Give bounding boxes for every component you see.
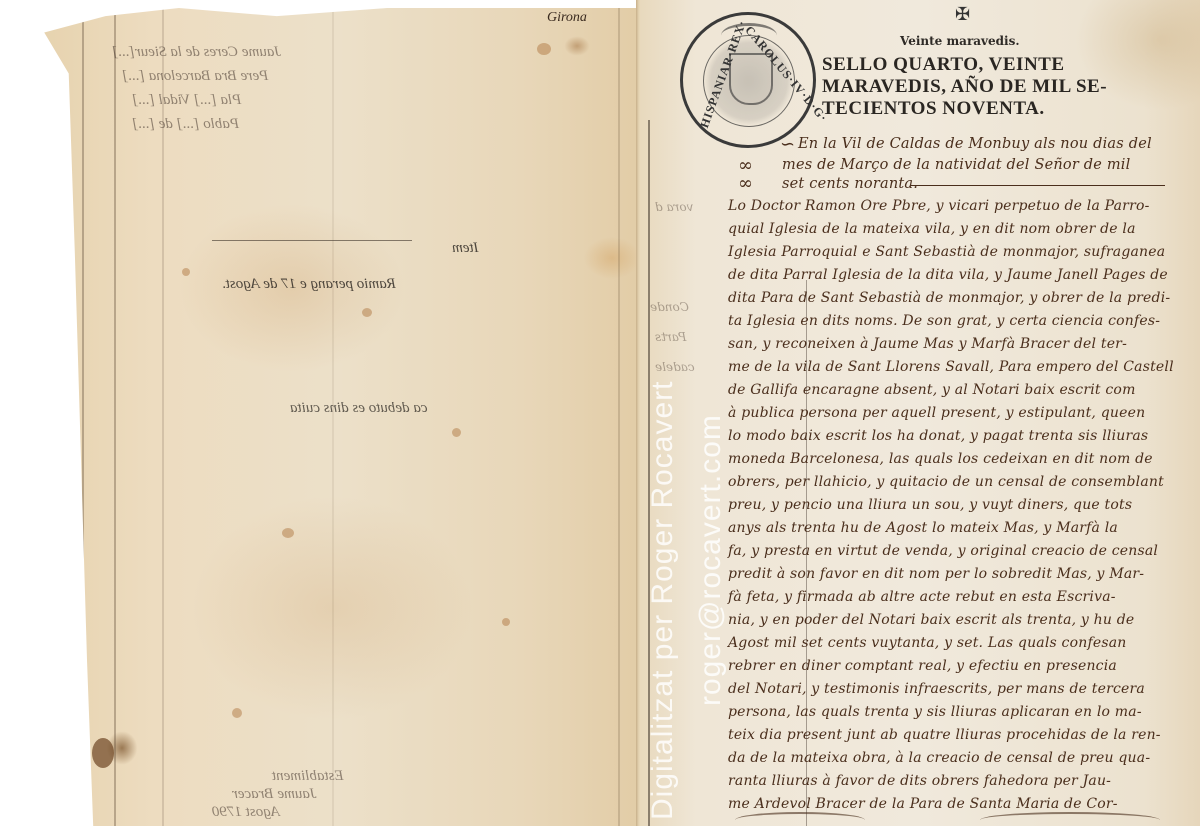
bleed-through-line: Establiment	[272, 768, 344, 785]
flourish-icon	[735, 812, 865, 826]
manuscript-line: lo modo baix escrit los ha donat, y paga…	[728, 428, 1148, 444]
manuscript-line: moneda Barcelonesa, las quals los cedeix…	[728, 451, 1153, 467]
manuscript-line: del Notari, y testimonis infraescrits, p…	[728, 681, 1145, 697]
manuscript-line: de dita Parral Iglesia de la dita vila, …	[728, 267, 1168, 283]
manuscript-line: anys als trenta hu de Agost lo mateix Ma…	[728, 520, 1118, 536]
paper-crease	[618, 8, 620, 826]
foxing-spot	[502, 618, 510, 626]
paper-crease	[82, 8, 84, 826]
foxing-spot	[282, 528, 294, 538]
manuscript-line: persona, las quals trenta y sis lliuras …	[728, 704, 1142, 720]
flourish-icon: ∽	[780, 134, 795, 155]
royal-seal: CAROLUS·IV·D·G· HISPANIAR·REX·	[680, 12, 816, 148]
manuscript-line: obrers, per llahicio, y quitacio de un c…	[728, 474, 1164, 490]
manuscript-line: ta Iglesia en dits noms. De son grat, y …	[728, 313, 1160, 329]
ruled-line	[910, 185, 1165, 186]
manuscript-line: da de la mateixa obra, à la creacio de c…	[728, 750, 1150, 766]
manuscript-line: à publica persona per aquell present, y …	[728, 405, 1145, 421]
paper-crease	[332, 8, 334, 826]
stamp-value: Veinte maravedis.	[900, 34, 1020, 48]
bleed-through-line: Jaume Bracer	[232, 786, 317, 803]
manuscript-line: fà feta, y firmada ab altre acte rebut e…	[728, 589, 1116, 605]
bleed-through-line: Pablo [...] de [...]	[132, 116, 239, 133]
cross-icon: ✠	[955, 4, 970, 25]
manuscript-line: fa, y presta en virtut de venda, y origi…	[728, 543, 1158, 559]
manuscript-line: preu, y pencio una lliura un sou, y vuyt…	[728, 497, 1132, 513]
manuscript-line: me de la vila de Sant Llorens Savall, Pa…	[728, 359, 1174, 375]
foxing-spot	[537, 43, 551, 55]
flourish-icon	[980, 812, 1160, 826]
bleed-through-text: vora d	[655, 200, 693, 214]
foxing-spot	[182, 268, 190, 276]
left-page: Girona Jaume Ceres de la Sieur[...] Pere…	[32, 8, 644, 826]
manuscript-line: predit à son favor en dit nom per lo sob…	[728, 566, 1144, 582]
manuscript-line: set cents noranta.	[782, 176, 918, 192]
manuscript-line: rebrer en diner comptant real, y efectiu…	[728, 658, 1117, 674]
bleed-through-line: Pere Bra Barcelona [...]	[122, 68, 268, 85]
bleed-through-text: cadele	[655, 360, 695, 374]
manuscript-line: me Ardevol Bracer de la Para de Santa Ma…	[728, 796, 1118, 812]
bleed-through-line: Agost 1790	[212, 804, 280, 821]
manuscript-line: quial Iglesia de la mateixa vila, y en d…	[728, 221, 1136, 237]
ruled-line	[212, 240, 412, 241]
bleed-through-line: Pla [...] Vidal [...]	[132, 92, 241, 109]
manuscript-line: san, y reconeixen à Jaume Mas y Marfà Br…	[728, 336, 1127, 352]
manuscript-line: de Gallifa encaragne absent, y al Notari…	[728, 382, 1136, 398]
foxing-spot	[452, 428, 461, 437]
mirrored-note: Ramio perang e 17 de Agost.	[222, 276, 396, 293]
flourish-icon: ∞	[738, 173, 753, 194]
watermark-email: roger@rocavert.com	[694, 414, 728, 706]
manuscript-line: dita Para de Sant Sebastià de monmajor, …	[728, 290, 1170, 306]
bleed-through-text: Conde	[650, 300, 689, 314]
bleed-through-text: Parts	[655, 330, 686, 344]
mirrored-note: ca debuto es dins cuita	[290, 400, 427, 417]
manuscript-line: nia, y en poder del Notari baix escrit a…	[728, 612, 1134, 628]
stamp-title-line: MARAVEDIS, AÑO DE MIL SE-	[822, 76, 1142, 98]
mirrored-note: Item	[452, 240, 479, 257]
foxing-spot	[362, 308, 372, 317]
stain	[92, 738, 114, 768]
watermark-text: Digitalitzat per Roger Rocavert	[646, 380, 680, 820]
bleed-through-line: Jaume Ceres de la Sieur[...]	[112, 44, 281, 61]
stamp-title: SELLO QUARTO, VEINTE MARAVEDIS, AÑO DE M…	[822, 54, 1142, 120]
paper-crease	[114, 8, 116, 826]
foxing-spot	[232, 708, 242, 718]
stamp-title-line: SELLO QUARTO, VEINTE	[822, 54, 1142, 76]
manuscript-line: Iglesia Parroquial e Sant Sebastià de mo…	[728, 244, 1165, 260]
stamp-title-line: TECIENTOS NOVENTA.	[822, 98, 1142, 120]
scanned-document: Girona Jaume Ceres de la Sieur[...] Pere…	[0, 0, 1200, 826]
manuscript-line: mes de Março de la natividat del Señor d…	[782, 157, 1130, 173]
manuscript-line: teix dia present junt ab quatre lliuras …	[728, 727, 1161, 743]
manuscript-line: En la Vil de Caldas de Monbuy als nou di…	[798, 136, 1152, 152]
manuscript-line: Lo Doctor Ramon Ore Pbre, y vicari perpe…	[728, 198, 1150, 214]
manuscript-line: Agost mil set cents vuytanta, y set. Las…	[728, 635, 1126, 651]
corner-note: Girona	[547, 10, 587, 26]
manuscript-line: ranta lliuras à favor de dits obrers fah…	[728, 773, 1111, 789]
